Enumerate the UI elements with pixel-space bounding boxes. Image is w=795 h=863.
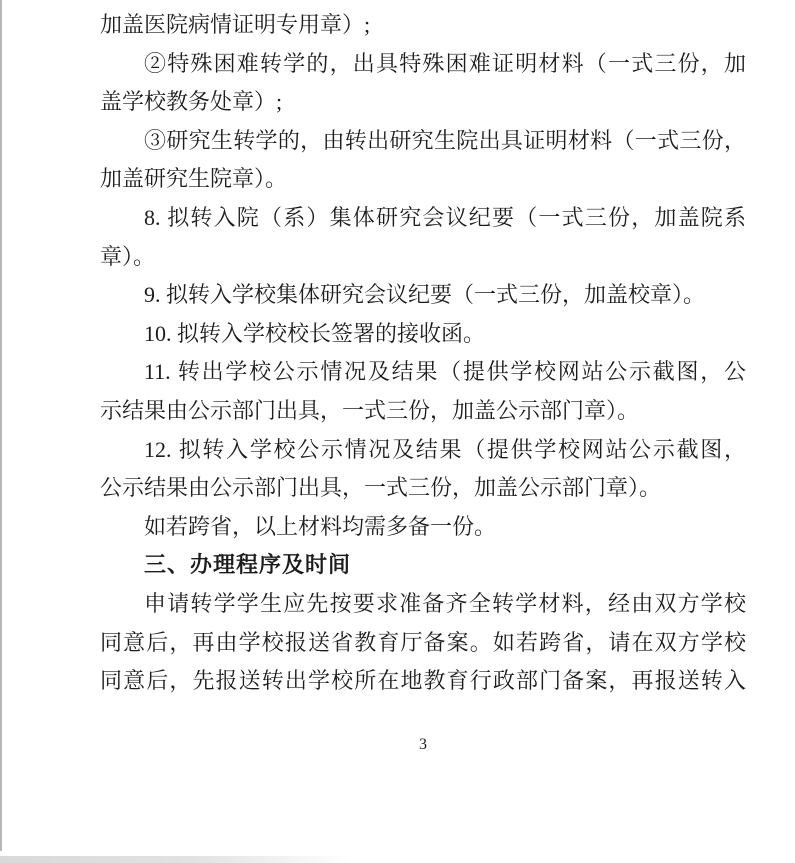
page-number: 3 — [100, 736, 746, 754]
document-line: 同意后，先报送转出学校所在地教育行政部门备案，再报送转入 — [100, 662, 746, 701]
document-line: 章）。 — [100, 238, 746, 277]
section-heading: 三、办理程序及时间 — [100, 546, 746, 585]
document-line: 11. 转出学校公示情况及结果（提供学校网站公示截图，公 — [100, 353, 746, 392]
document-line: 盖学校教务处章）; — [100, 83, 746, 122]
document-body: 加盖医院病情证明专用章）;②特殊困难转学的，出具特殊困难证明材料（一式三份，加盖… — [100, 6, 746, 701]
document-line: 如若跨省，以上材料均需多备一份。 — [100, 508, 746, 547]
document-line: 10. 拟转入学校校长签署的接收函。 — [100, 315, 746, 354]
document-line: 同意后，再由学校报送省教育厅备案。如若跨省，请在双方学校 — [100, 624, 746, 663]
document-line: ②特殊困难转学的，出具特殊困难证明材料（一式三份，加 — [100, 45, 746, 84]
document-page: 加盖医院病情证明专用章）;②特殊困难转学的，出具特殊困难证明材料（一式三份，加盖… — [0, 0, 795, 863]
document-line: 示结果由公示部门出具，一式三份，加盖公示部门章）。 — [100, 392, 746, 431]
document-line: 加盖医院病情证明专用章）; — [100, 6, 746, 45]
window-edge-line — [0, 0, 2, 851]
document-line: 申请转学学生应先按要求准备齐全转学材料，经由双方学校 — [100, 585, 746, 624]
document-line: ③研究生转学的，由转出研究生院出具证明材料（一式三份， — [100, 122, 746, 161]
page-bottom-edge — [0, 856, 352, 863]
document-line: 加盖研究生院章）。 — [100, 160, 746, 199]
document-line: 8. 拟转入院（系）集体研究会议纪要（一式三份，加盖院系 — [100, 199, 746, 238]
document-line: 9. 拟转入学校集体研究会议纪要（一式三份，加盖校章）。 — [100, 276, 746, 315]
document-line: 公示结果由公示部门出具，一式三份，加盖公示部门章）。 — [100, 469, 746, 508]
document-line: 12. 拟转入学校公示情况及结果（提供学校网站公示截图， — [100, 431, 746, 470]
